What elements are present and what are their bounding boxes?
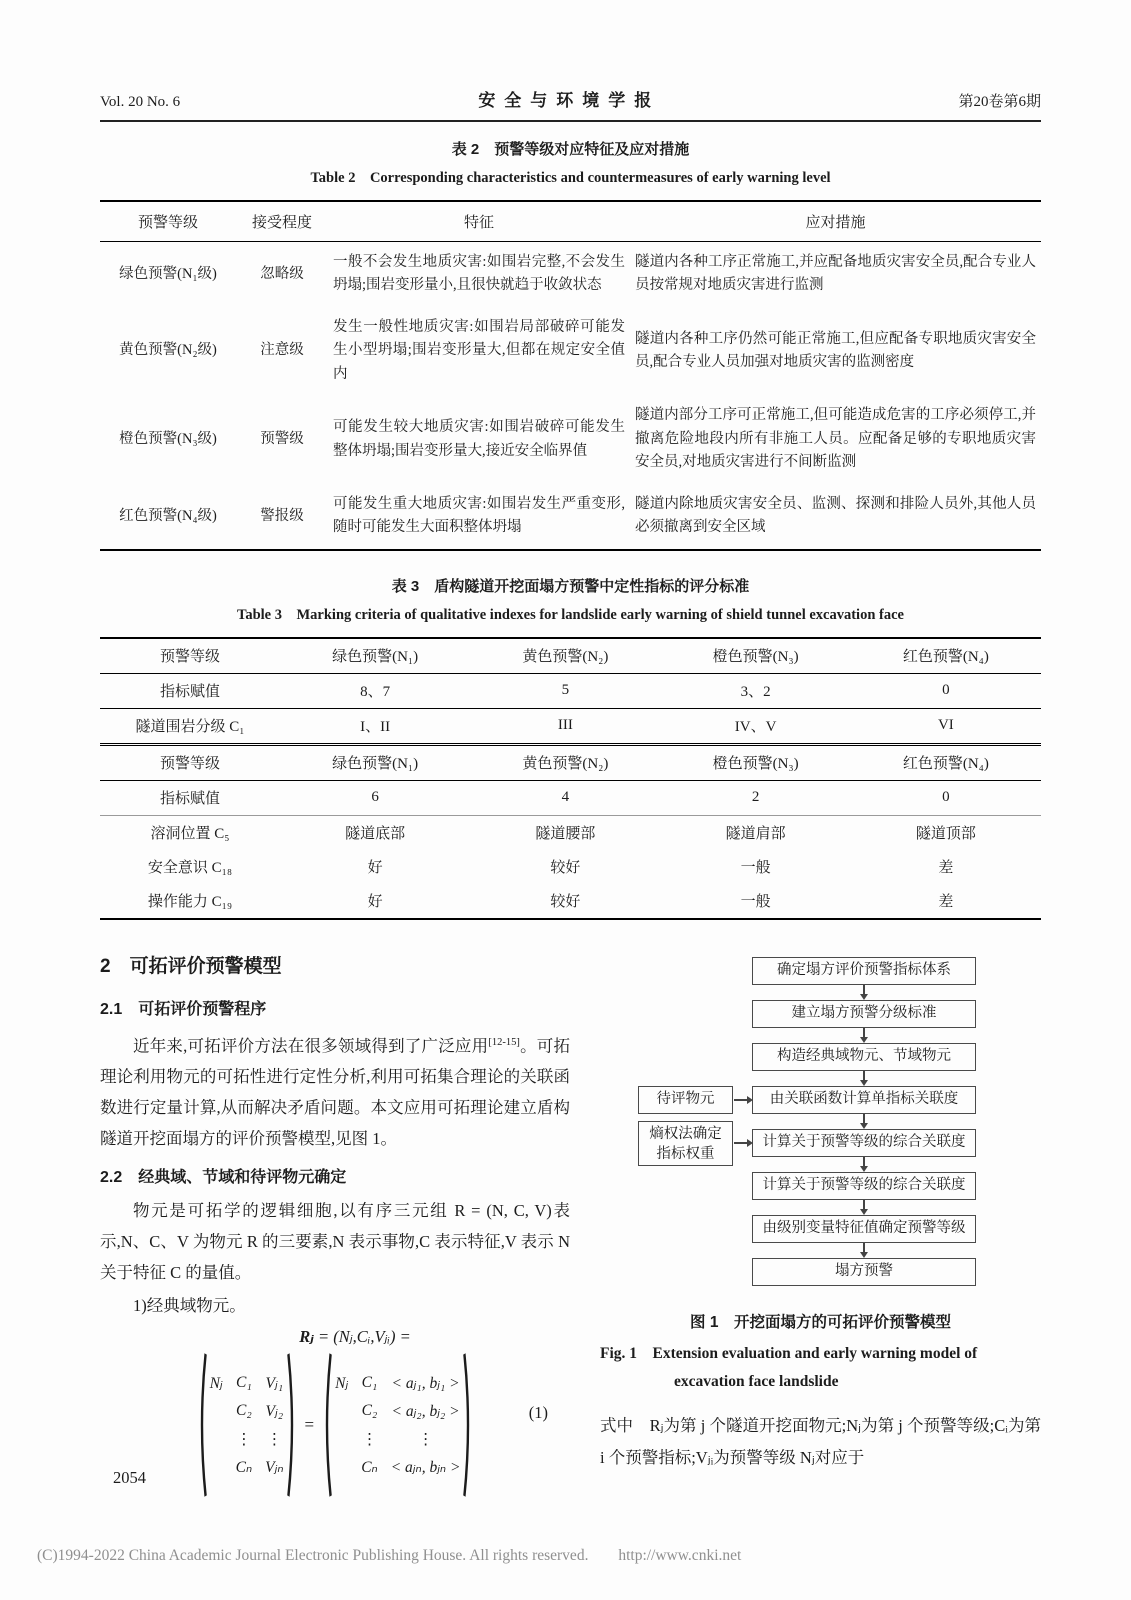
paper-page: Vol. 20 No. 6 安全与环境学报 第20卷第6期 表 2 预警等级对应…	[0, 0, 1131, 1600]
matrix-cell	[335, 1430, 348, 1449]
left-paren	[196, 1351, 208, 1499]
matrix-cell	[210, 1402, 223, 1421]
paragraph: 式中 Rⱼ为第 j 个隧道开挖面物元;Nⱼ为第 j 个预警等级;Cᵢ为第 i 个…	[600, 1410, 1041, 1474]
arrow-down-icon	[863, 1114, 865, 1123]
matrix-cell: Vⱼ₂	[265, 1402, 283, 1421]
table-cell: 一般	[661, 884, 851, 919]
right-paren	[462, 1351, 474, 1499]
table3-caption-en: Table 3 Marking criteria of qualitative …	[100, 603, 1041, 624]
table3-row: 溶洞位置 C₅ 隧道底部 隧道腰部 隧道肩部 隧道顶部	[100, 815, 1041, 850]
table-cell: 忽略级	[236, 242, 328, 307]
section-heading: 2 可拓评价预警模型	[100, 951, 570, 978]
header-rule	[100, 120, 1041, 122]
table-cell: 一般	[661, 850, 851, 884]
table-cell: 绿色预警(N₁级)	[100, 242, 236, 307]
table-cell: VI	[851, 708, 1041, 744]
flow-box: 构造经典域物元、节域物元	[752, 1043, 976, 1071]
arrow-down-icon	[863, 985, 865, 994]
table-cell: 隧道腰部	[470, 815, 660, 850]
table-cell: 差	[851, 850, 1041, 884]
table2-header: 应对措施	[630, 201, 1041, 242]
table3-row: 隧道围岩分级 C₁ I、II III IV、V VI	[100, 708, 1041, 744]
table3: 预警等级 绿色预警(N₁) 黄色预警(N₂) 橙色预警(N₃) 红色预警(N₄)…	[100, 637, 1041, 920]
table-cell: 指标赋值	[100, 780, 280, 815]
matrix-right: Nⱼ C₁ < aⱼ₁, bⱼ₁ > C₂ < aⱼ₂, bⱼ₂ > ⋮ ⋮	[321, 1351, 474, 1499]
flow-box: 计算关于预警等级的综合关联度	[752, 1129, 976, 1157]
table-cell: 警报级	[236, 484, 328, 550]
citation-marker: [12-15]	[488, 1037, 520, 1048]
table2-caption-en: Table 2 Corresponding characteristics an…	[100, 166, 1041, 187]
issue-number: 第20卷第6期	[958, 90, 1041, 111]
left-paren	[321, 1351, 333, 1499]
matrix-cell: Vⱼₙ	[265, 1458, 283, 1477]
table-cell: 发生一般性地质灾害:如围岩局部破碎可能发生小型坍塌;围岩变形量大,但都在规定安全…	[328, 307, 630, 395]
equals-sign: =	[303, 1415, 317, 1435]
matrix-cell: Vⱼ₁	[265, 1374, 283, 1393]
table3-header-row: 预警等级 绿色预警(N₁) 黄色预警(N₂) 橙色预警(N₃) 红色预警(N₄)	[100, 638, 1041, 674]
right-column: 确定塌方评价预警指标体系 建立塌方预警分级标准 构造经典域物元、节域物元 由关联…	[600, 947, 1041, 1500]
volume-number: Vol. 20 No. 6	[100, 94, 180, 111]
table-cell: 预警等级	[100, 638, 280, 674]
table-cell: 可能发生较大地质灾害:如围岩破碎可能发生整体坍塌;围岩变形量大,接近安全临界值	[328, 395, 630, 483]
figure1-caption-en: Fig. 1 Extension evaluation and early wa…	[600, 1340, 1041, 1396]
table-cell: 绿色预警(N₁)	[280, 744, 470, 780]
table-cell: 注意级	[236, 307, 328, 395]
table3-row: 指标赋值 6 4 2 0	[100, 780, 1041, 815]
matrix-cell: ⋮	[391, 1430, 461, 1449]
table2-row: 橙色预警(N₃级) 预警级 可能发生较大地质灾害:如围岩破碎可能发生整体坍塌;围…	[100, 395, 1041, 483]
matrix-cell	[210, 1458, 223, 1477]
matrix-cell: ⋮	[265, 1430, 283, 1449]
table-cell: IV、V	[661, 708, 851, 744]
matrix-cell: C₂	[361, 1402, 378, 1421]
table-cell: 红色预警(N₄)	[851, 638, 1041, 674]
arrow-right-icon	[734, 1142, 748, 1144]
matrix-cell: < aⱼ₂, bⱼ₂ >	[391, 1402, 461, 1421]
subsection-heading: 2.1 可拓评价预警程序	[100, 996, 570, 1019]
matrix-cell: ⋮	[361, 1430, 378, 1449]
table-cell: 2	[661, 780, 851, 815]
table-cell: 橙色预警(N₃)	[661, 744, 851, 780]
cnki-url: http://www.cnki.net	[618, 1547, 741, 1564]
table2: 预警等级 接受程度 特征 应对措施 绿色预警(N₁级) 忽略级 一般不会发生地质…	[100, 200, 1041, 551]
arrow-down-icon	[863, 1157, 865, 1166]
table2-header: 预警等级	[100, 201, 236, 242]
journal-header: Vol. 20 No. 6 安全与环境学报 第20卷第6期	[100, 86, 1041, 111]
subsection-heading: 2.2 经典域、节域和待评物元确定	[100, 1164, 570, 1187]
table-cell: 好	[280, 884, 470, 919]
arrow-down-icon	[863, 1028, 865, 1037]
math-symbol: Rⱼ	[299, 1327, 314, 1346]
table-cell: 6	[280, 780, 470, 815]
arrow-down-icon	[863, 1200, 865, 1209]
table2-row: 黄色预警(N₂级) 注意级 发生一般性地质灾害:如围岩局部破碎可能发生小型坍塌;…	[100, 307, 1041, 395]
table-cell: 安全意识 C₁₈	[100, 850, 280, 884]
flowchart-main-column: 确定塌方评价预警指标体系 建立塌方预警分级标准 构造经典域物元、节域物元 由关联…	[752, 957, 976, 1286]
flow-box: 建立塌方预警分级标准	[752, 1000, 976, 1028]
matrix-grid: Nⱼ C₁ < aⱼ₁, bⱼ₁ > C₂ < aⱼ₂, bⱼ₂ > ⋮ ⋮	[333, 1351, 462, 1499]
table2-header: 接受程度	[236, 201, 328, 242]
table-cell: 预警等级	[100, 744, 280, 780]
equation-line: Rⱼ = (Nⱼ,Cᵢ,Vⱼᵢ) =	[100, 1327, 570, 1347]
equation-1: Rⱼ = (Nⱼ,Cᵢ,Vⱼᵢ) = Nⱼ C₁ Vⱼ₁ C₂ Vⱼ₂	[100, 1327, 570, 1499]
matrix-cell	[335, 1458, 348, 1477]
table-cell: 一般不会发生地质灾害:如围岩完整,不会发生坍塌;围岩变形量小,且很快就趋于收敛状…	[328, 242, 630, 307]
table3-caption-zh: 表 3 盾构隧道开挖面塌方预警中定性指标的评分标准	[100, 575, 1041, 596]
table-cell: 隧道内各种工序正常施工,并应配备地质灾害安全员,配合专业人员按常规对地质灾害进行…	[630, 242, 1041, 307]
table2-caption-zh: 表 2 预警等级对应特征及应对措施	[100, 138, 1041, 159]
table-cell: 绿色预警(N₁)	[280, 638, 470, 674]
arrow-right-icon	[734, 1099, 748, 1101]
paragraph: 物元是可拓学的逻辑细胞,以有序三元组 R = (N, C, V)表示,N、C、V…	[100, 1195, 570, 1288]
flow-side-box: 熵权法确定 指标权重	[638, 1121, 733, 1166]
left-column: 2 可拓评价预警模型 2.1 可拓评价预警程序 近年来,可拓评价方法在很多领域得…	[100, 947, 570, 1500]
journal-title: 安全与环境学报	[478, 86, 660, 111]
table-cell: 黄色预警(N₂级)	[100, 307, 236, 395]
table-cell: 3、2	[661, 673, 851, 708]
table-cell: 差	[851, 884, 1041, 919]
table-cell: 橙色预警(N₃级)	[100, 395, 236, 483]
table-cell: 橙色预警(N₃)	[661, 638, 851, 674]
table3-row: 安全意识 C₁₈ 好 较好 一般 差	[100, 850, 1041, 884]
table-cell: 黄色预警(N₂)	[470, 638, 660, 674]
equation-matrices: Nⱼ C₁ Vⱼ₁ C₂ Vⱼ₂ ⋮ ⋮ Cₙ	[100, 1351, 570, 1499]
table-cell: 5	[470, 673, 660, 708]
table-cell: 红色预警(N₄级)	[100, 484, 236, 550]
table-cell: 隧道肩部	[661, 815, 851, 850]
scan-footer: (C)1994-2022 China Academic Journal Elec…	[37, 1547, 1097, 1565]
table-cell: 0	[851, 780, 1041, 815]
table-cell: 8、7	[280, 673, 470, 708]
matrix-cell: C₂	[236, 1402, 253, 1421]
matrix-cell: < aⱼ₁, bⱼ₁ >	[391, 1374, 461, 1393]
table-cell: 隧道内部分工序可正常施工,但可能造成危害的工序必须停工,并撤离危险地段内所有非施…	[630, 395, 1041, 483]
arrow-down-icon	[863, 1071, 865, 1080]
page-content: Vol. 20 No. 6 安全与环境学报 第20卷第6期 表 2 预警等级对应…	[100, 86, 1041, 1499]
math-expression: = (Nⱼ,Cᵢ,Vⱼᵢ) =	[314, 1327, 411, 1346]
matrix-cell: ⋮	[236, 1430, 253, 1449]
table-cell: 指标赋值	[100, 673, 280, 708]
right-paren	[286, 1351, 298, 1499]
table-cell: 红色预警(N₄)	[851, 744, 1041, 780]
flow-box: 确定塌方评价预警指标体系	[752, 957, 976, 985]
paragraph: 近年来,可拓评价方法在很多领域得到了广泛应用[12-15]。可拓理论利用物元的可…	[100, 1027, 570, 1155]
matrix-cell	[335, 1402, 348, 1421]
table-cell: 隧道顶部	[851, 815, 1041, 850]
paragraph-text: 近年来,可拓评价方法在很多领域得到了广泛应用	[133, 1036, 488, 1055]
table2-header: 特征	[328, 201, 630, 242]
table-cell: 预警级	[236, 395, 328, 483]
table-cell: 隧道内除地质灾害安全员、监测、探测和排险人员外,其他人员必须撤离到安全区域	[630, 484, 1041, 550]
table-cell: 0	[851, 673, 1041, 708]
table-cell: 较好	[470, 884, 660, 919]
table2-header-row: 预警等级 接受程度 特征 应对措施	[100, 201, 1041, 242]
table-cell: 溶洞位置 C₅	[100, 815, 280, 850]
matrix-cell: Nⱼ	[210, 1374, 223, 1393]
arrow-down-icon	[863, 1243, 865, 1252]
table2-row: 红色预警(N₄级) 警报级 可能发生重大地质灾害:如围岩发生严重变形,随时可能发…	[100, 484, 1041, 550]
two-column-section: 2 可拓评价预警模型 2.1 可拓评价预警程序 近年来,可拓评价方法在很多领域得…	[100, 947, 1041, 1500]
matrix-cell: C₁	[361, 1374, 378, 1393]
matrix-grid: Nⱼ C₁ Vⱼ₁ C₂ Vⱼ₂ ⋮ ⋮ Cₙ	[208, 1351, 286, 1499]
matrix-cell: Nⱼ	[335, 1374, 348, 1393]
equation-number: (1)	[529, 1403, 548, 1423]
matrix-cell: Cₙ	[361, 1458, 378, 1477]
flow-side-box-line: 指标权重	[639, 1144, 732, 1164]
page-number: 2054	[113, 1468, 146, 1488]
figure1-caption-zh: 图 1 开挖面塌方的可拓评价预警模型	[600, 1310, 1041, 1332]
table3-row: 操作能力 C₁₉ 好 较好 一般 差	[100, 884, 1041, 919]
flow-box: 由关联函数计算单指标关联度	[752, 1086, 976, 1114]
table-cell: 黄色预警(N₂)	[470, 744, 660, 780]
flow-side-box-line: 熵权法确定	[639, 1124, 732, 1144]
copyright-text: (C)1994-2022 China Academic Journal Elec…	[37, 1547, 588, 1564]
flow-box: 塌方预警	[752, 1258, 976, 1286]
table-cell: 操作能力 C₁₉	[100, 884, 280, 919]
table-cell: 隧道围岩分级 C₁	[100, 708, 280, 744]
table-cell: I、II	[280, 708, 470, 744]
flow-box: 由级别变量特征值确定预警等级	[752, 1215, 976, 1243]
table-cell: 隧道内各种工序仍然可能正常施工,但应配备专职地质灾害安全员,配合专业人员加强对地…	[630, 307, 1041, 395]
matrix-cell: < aⱼₙ, bⱼₙ >	[391, 1458, 461, 1477]
matrix-cell	[210, 1430, 223, 1449]
matrix-cell: Cₙ	[236, 1458, 253, 1477]
flow-side-box: 待评物元	[638, 1086, 733, 1114]
table-cell: 隧道底部	[280, 815, 470, 850]
matrix-cell: C₁	[236, 1374, 253, 1393]
table-cell: 好	[280, 850, 470, 884]
list-item: 1)经典域物元。	[100, 1290, 570, 1321]
table-cell: 较好	[470, 850, 660, 884]
table-cell: 4	[470, 780, 660, 815]
matrix-left: Nⱼ C₁ Vⱼ₁ C₂ Vⱼ₂ ⋮ ⋮ Cₙ	[196, 1351, 298, 1499]
table3-header-row: 预警等级 绿色预警(N₁) 黄色预警(N₂) 橙色预警(N₃) 红色预警(N₄)	[100, 744, 1041, 780]
flow-box: 计算关于预警等级的综合关联度	[752, 1172, 976, 1200]
figure1-flowchart: 确定塌方评价预警指标体系 建立塌方预警分级标准 构造经典域物元、节域物元 由关联…	[600, 951, 1041, 1292]
table3-row: 指标赋值 8、7 5 3、2 0	[100, 673, 1041, 708]
table-cell: III	[470, 708, 660, 744]
table2-row: 绿色预警(N₁级) 忽略级 一般不会发生地质灾害:如围岩完整,不会发生坍塌;围岩…	[100, 242, 1041, 307]
table-cell: 可能发生重大地质灾害:如围岩发生严重变形,随时可能发生大面积整体坍塌	[328, 484, 630, 550]
